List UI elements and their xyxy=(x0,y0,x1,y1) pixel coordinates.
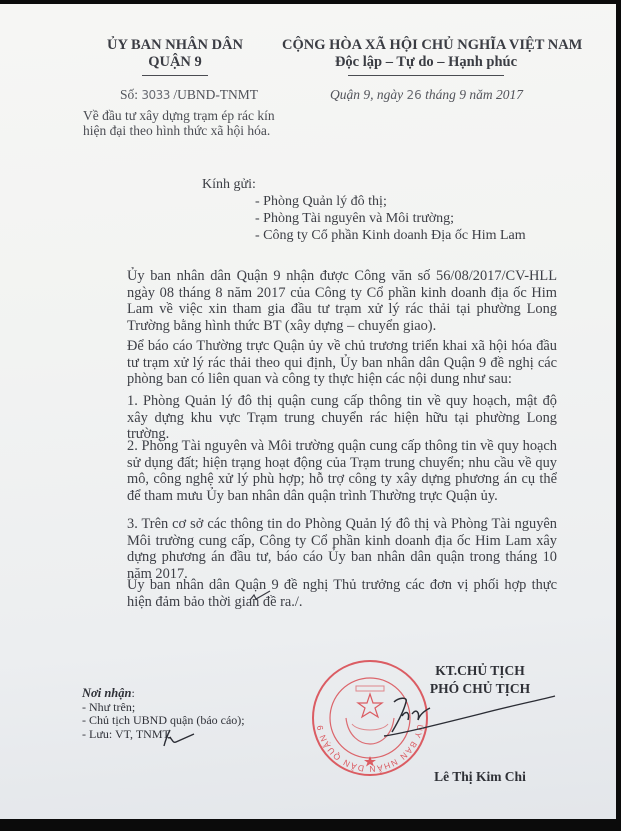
body-paragraph-1: Ủy ban nhân dân Quận 9 nhận được Công vă… xyxy=(87,268,557,334)
body-item-2: 2. Phòng Tài nguyên và Môi trường quận c… xyxy=(87,438,557,504)
date-prefix: Quận 9, ngày xyxy=(330,87,403,102)
paragraph-text: 3. Trên cơ sở các thông tin do Phòng Quả… xyxy=(87,516,557,582)
agency-line1: ỦY BAN NHÂN DÂN xyxy=(95,37,255,54)
nation-line2: Độc lập – Tự do – Hạnh phúc xyxy=(282,54,570,71)
distribution-item: - Như trên; xyxy=(82,701,245,715)
national-motto: CỘNG HÒA XÃ HỘI CHỦ NGHĨA VIỆT NAM Độc l… xyxy=(282,37,570,76)
date-day-handwritten: 26 xyxy=(407,88,422,102)
distribution-label: Nơi nhận xyxy=(82,686,131,700)
nation-line1: CỘNG HÒA XÃ HỘI CHỦ NGHĨA VIỆT NAM xyxy=(282,37,570,54)
paragraph-text: 1. Phòng Quản lý đô thị quận cung cấp th… xyxy=(87,393,557,443)
subject-line1: Về đầu tư xây dựng trạm ép rác kín xyxy=(83,108,275,123)
signature-mark-icon xyxy=(380,694,560,744)
place-date: Quận 9, ngày 26 tháng 9 năm 2017 xyxy=(330,87,523,103)
body-item-3: 3. Trên cơ sở các thông tin do Phòng Quả… xyxy=(87,516,557,582)
recipient-item: - Công ty Cổ phần Kinh doanh Địa ốc Him … xyxy=(255,228,526,244)
subject-line2: hiện đại theo hình thức xã hội hóa. xyxy=(83,123,275,138)
recipients-label: Kính gửi: xyxy=(202,176,256,193)
document-number: Số: 3033 /UBND-TNMT xyxy=(120,87,258,103)
signer-name: Lê Thị Kim Chi xyxy=(405,769,555,785)
recipient-item: - Phòng Tài nguyên và Môi trường; xyxy=(255,211,454,227)
body-paragraph-2: Để báo cáo Thường trực Quận ủy về chủ tr… xyxy=(87,338,557,388)
initials-signature-icon xyxy=(160,726,200,750)
doc-no-suffix: /UBND-TNMT xyxy=(173,87,258,102)
body-closing: Ủy ban nhân dân Quận 9 đề nghị Thủ trưởn… xyxy=(87,577,557,610)
agency-line2: QUẬN 9 xyxy=(95,54,255,71)
initials-mark-icon xyxy=(248,589,272,603)
motto-underline xyxy=(348,75,504,76)
paragraph-text: 2. Phòng Tài nguyên và Môi trường quận c… xyxy=(87,438,557,504)
doc-no-handwritten: 3033 xyxy=(141,88,170,102)
agency-underline xyxy=(142,75,208,76)
distribution-colon: : xyxy=(131,686,134,700)
recipient-item: - Phòng Quản lý đô thị; xyxy=(255,194,387,210)
subject: Về đầu tư xây dựng trạm ép rác kín hiện … xyxy=(83,108,275,138)
paragraph-text: Ủy ban nhân dân Quận 9 đề nghị Thủ trưởn… xyxy=(87,577,557,610)
doc-no-prefix: Số: xyxy=(120,87,138,102)
paragraph-text: Để báo cáo Thường trực Quận ủy về chủ tr… xyxy=(87,338,557,388)
document-page: ỦY BAN NHÂN DÂN QUẬN 9 CỘNG HÒA XÃ HỘI C… xyxy=(0,4,616,819)
body-item-1: 1. Phòng Quản lý đô thị quận cung cấp th… xyxy=(87,393,557,443)
date-suffix: tháng 9 năm 2017 xyxy=(425,87,523,102)
paragraph-text: Ủy ban nhân dân Quận 9 nhận được Công vă… xyxy=(87,268,557,334)
issuing-agency: ỦY BAN NHÂN DÂN QUẬN 9 xyxy=(95,37,255,76)
